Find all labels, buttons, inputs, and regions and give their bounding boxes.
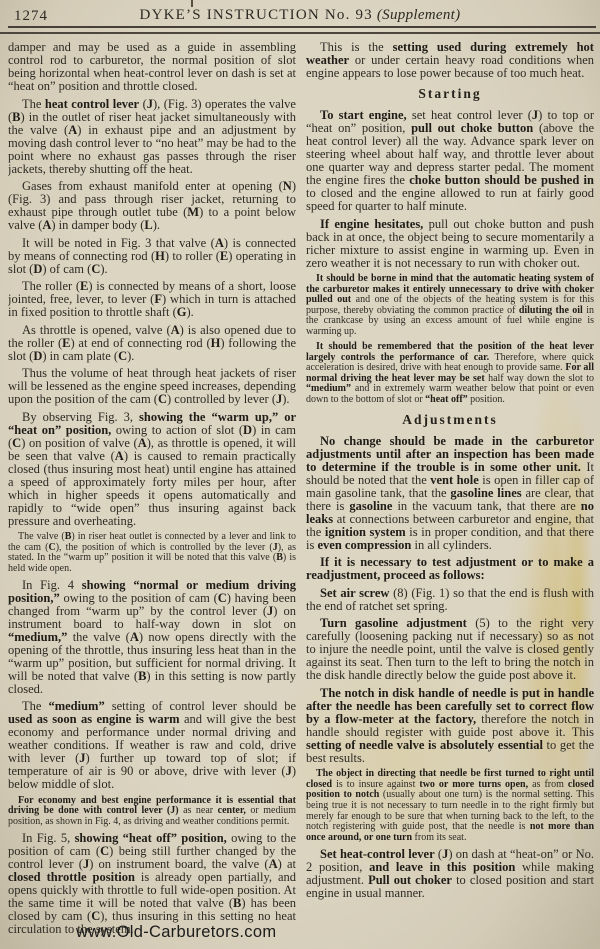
paragraph: This is the setting used during extremel…	[306, 41, 594, 80]
column-right: This is the setting used during extremel…	[306, 41, 594, 942]
print-artifact	[191, 0, 193, 7]
watermark: www.Old-Carburetors.com	[76, 923, 276, 942]
paragraph: If it is necessary to test adjustment or…	[306, 556, 594, 582]
fine-print-paragraph: For economy and best engine performance …	[8, 796, 296, 828]
paragraph: To start engine, set heat control lever …	[306, 109, 594, 213]
fine-print-paragraph: The object in directing that needle be f…	[306, 769, 594, 843]
title-main: DYKE’S INSTRUCTION No. 93	[140, 7, 373, 23]
paragraph: The notch in disk handle of needle is pu…	[306, 687, 594, 765]
text-columns: damper and may be used as a guide in ass…	[8, 41, 594, 942]
paragraph: Set heat-control lever (J) on dash at “h…	[306, 848, 594, 900]
paragraph: The roller (E) is connected by means of …	[8, 280, 296, 319]
paragraph: By observing Fig. 3, showing the “warm u…	[8, 411, 296, 528]
scanned-page: 1274 DYKE’S INSTRUCTION No. 93(Supplemen…	[0, 0, 600, 949]
fine-print-paragraph: It should be borne in mind that the auto…	[306, 274, 594, 338]
paragraph: No change should be made in the carburet…	[306, 435, 594, 552]
paragraph: Turn gasoline adjustment (5) to the righ…	[306, 617, 594, 682]
paragraph: The “medium” setting of control lever sh…	[8, 700, 296, 791]
paragraph: damper and may be used as a guide in ass…	[8, 41, 296, 93]
paragraph: Gases from exhaust manifold enter at ope…	[8, 180, 296, 232]
paragraph: Set air screw (8) (Fig. 1) so that the e…	[306, 587, 594, 613]
section-heading: Adjustments	[306, 412, 594, 428]
page-title: DYKE’S INSTRUCTION No. 93(Supplement)	[0, 7, 600, 24]
paragraph: The heat control lever (J), (Fig. 3) ope…	[8, 98, 296, 176]
fine-print-paragraph: It should be remembered that the positio…	[306, 342, 594, 406]
paragraph: In Fig. 5, showing “heat off” position, …	[8, 832, 296, 936]
header-rule-top	[8, 26, 596, 28]
paragraph: It will be noted in Fig. 3 that valve (A…	[8, 237, 296, 276]
header-rule-bottom	[0, 32, 600, 34]
title-supplement: (Supplement)	[377, 7, 461, 23]
page-header: 1274 DYKE’S INSTRUCTION No. 93(Supplemen…	[0, 7, 600, 27]
paragraph: If engine hesitates, pull out choke butt…	[306, 218, 594, 270]
column-left: damper and may be used as a guide in ass…	[8, 41, 296, 942]
section-heading: Starting	[306, 86, 594, 102]
paragraph: Thus the volume of heat through heat jac…	[8, 367, 296, 406]
paragraph: As throttle is opened, valve (A) is also…	[8, 324, 296, 363]
page-number: 1274	[14, 8, 48, 25]
paragraph: In Fig. 4 showing “normal or medium driv…	[8, 579, 296, 696]
fine-print-paragraph: The valve (B) in riser heat outlet is co…	[8, 532, 296, 574]
